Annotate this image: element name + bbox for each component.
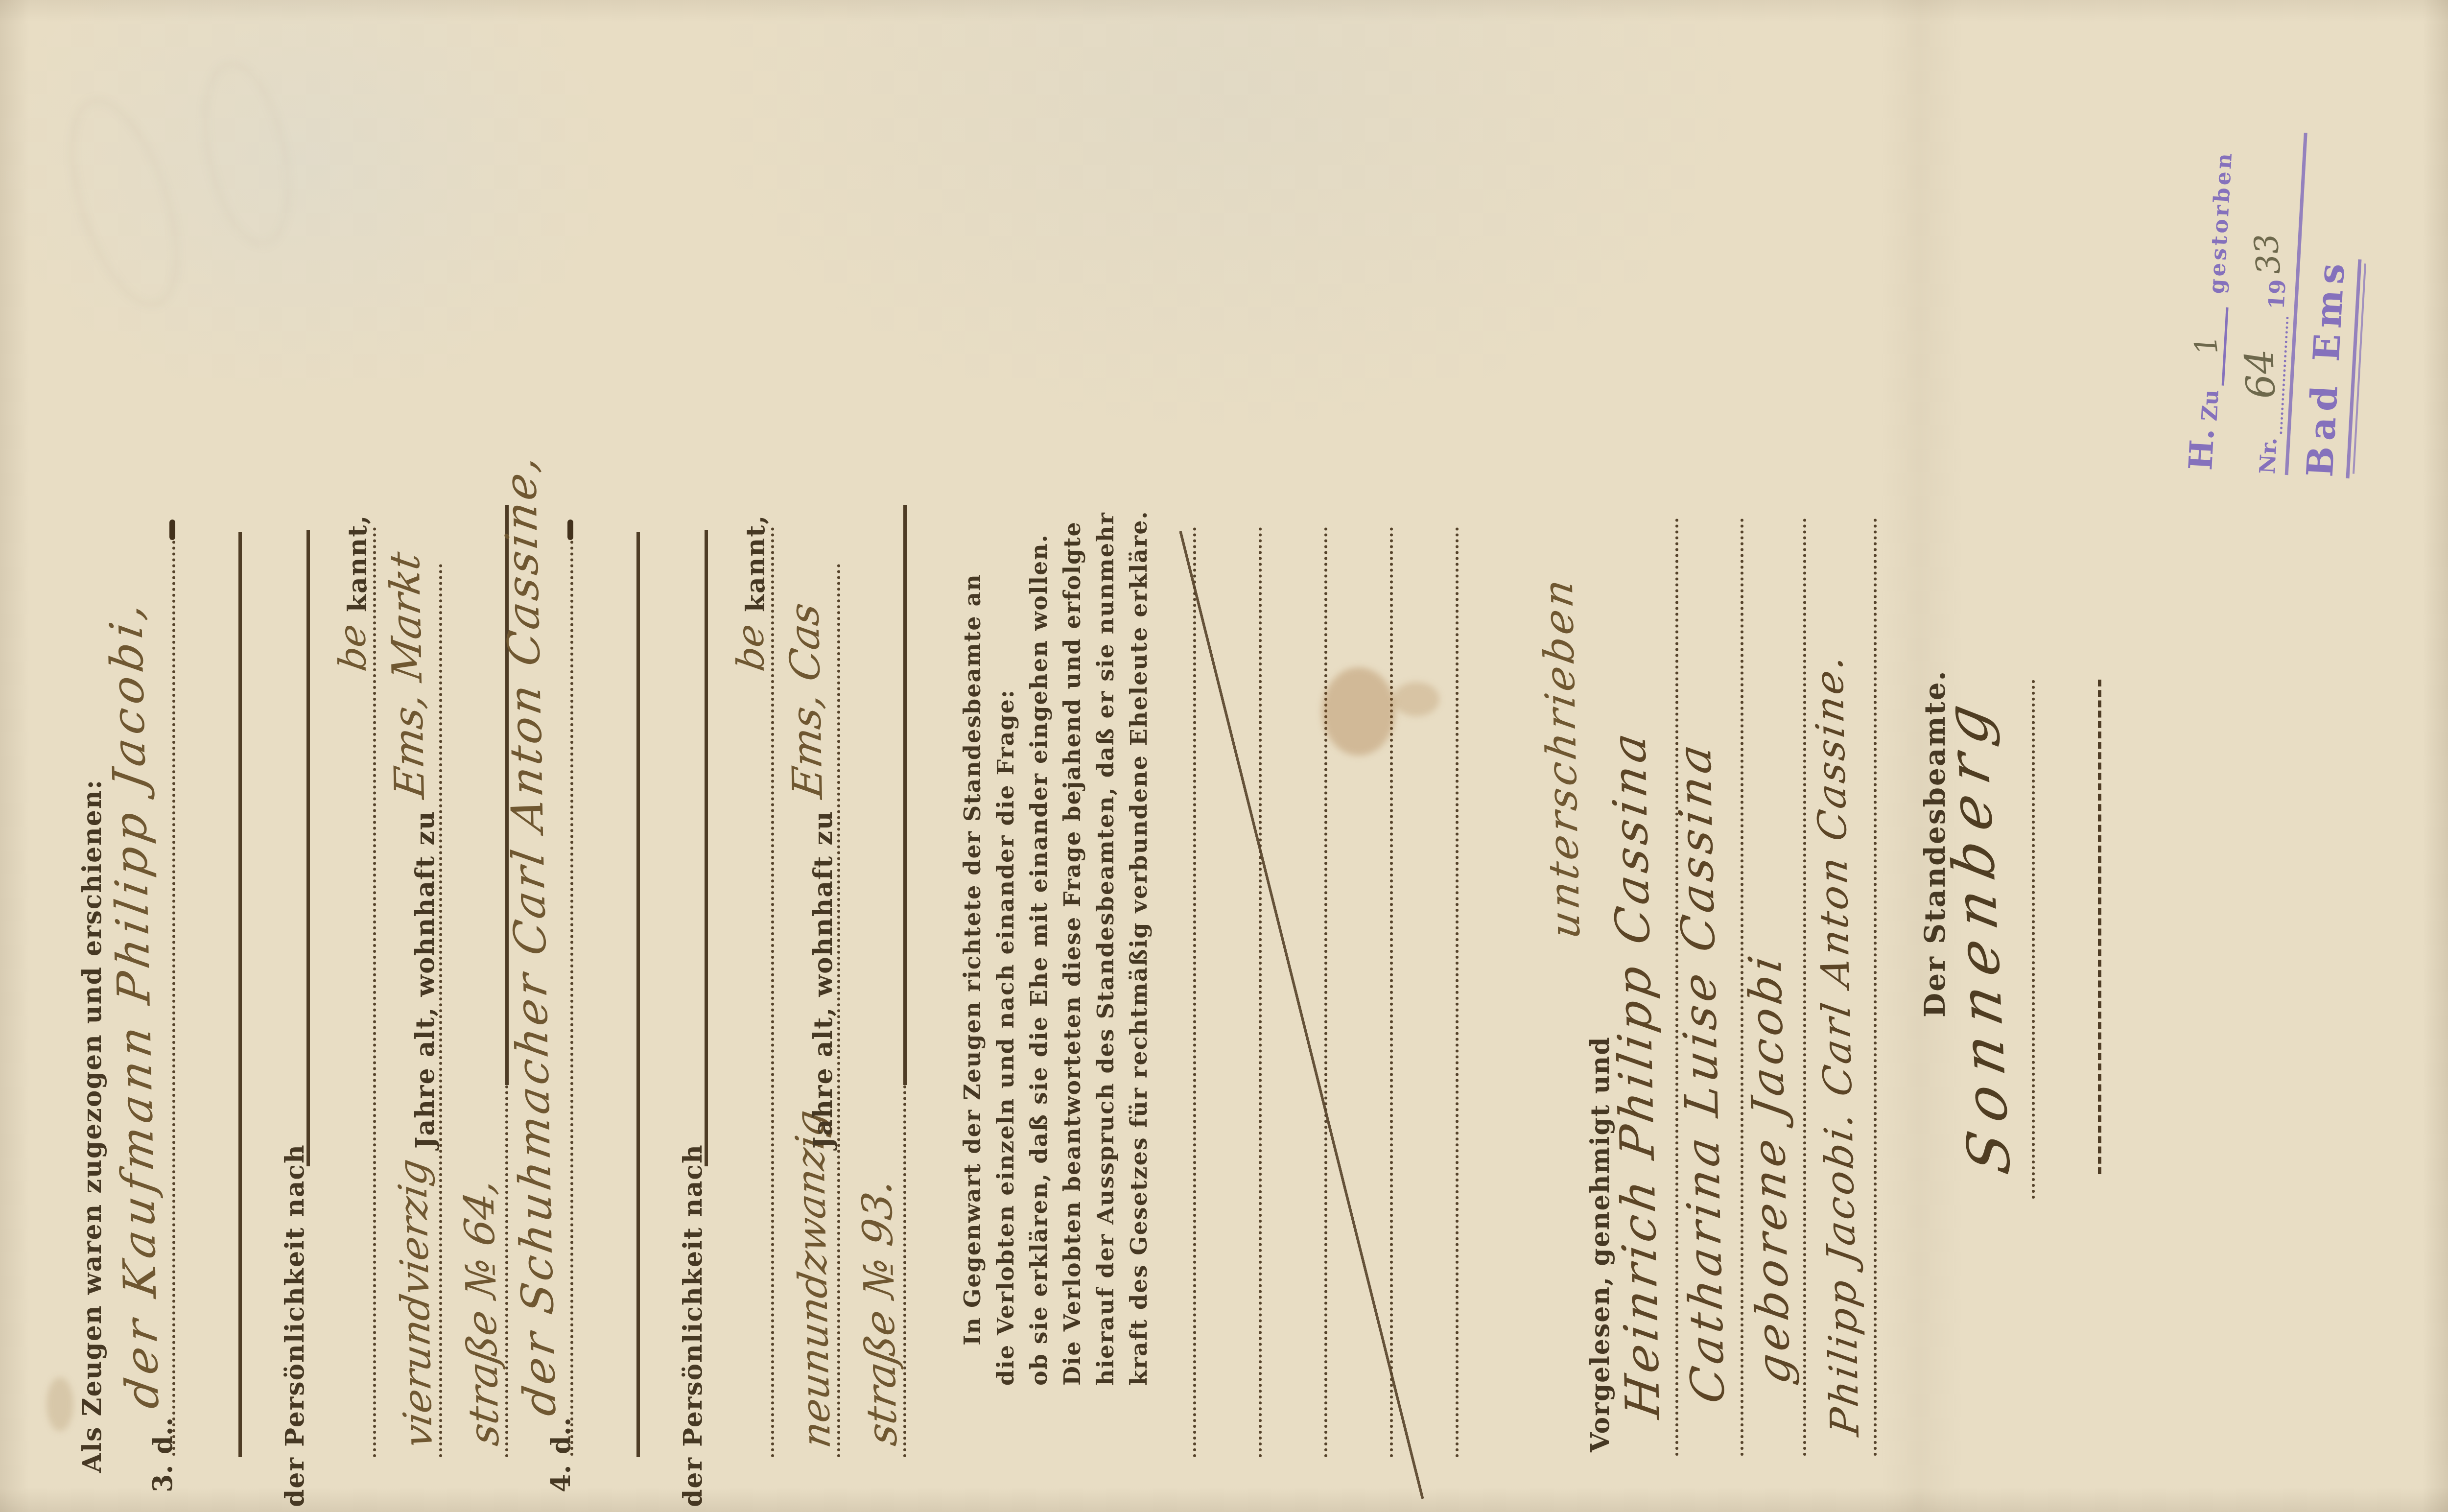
witness3-jahre-printed: Jahre alt, wohnhaft zu	[410, 810, 440, 1149]
witness3-name-rule-end	[169, 520, 175, 540]
witness4-name-rule-end	[567, 520, 573, 540]
witness4-name-rule	[570, 540, 573, 1456]
official-signature-rule	[2032, 680, 2035, 1199]
witness3-persoenlichkeit-label: der Persönlichkeit nach	[280, 1144, 310, 1507]
witness-intro-line: Als Zeugen waren zugezogen und erschiene…	[77, 779, 107, 1473]
declaration-paragraph: In Gegenwart der Zeugen richtete der Sta…	[956, 503, 1155, 1512]
witness3-name-rule	[172, 540, 175, 1456]
official-signature: Sonnenberg	[1931, 687, 2024, 1179]
witness4-persoenlichkeit-rule	[705, 530, 708, 1166]
ink-stain-small	[1393, 682, 1439, 716]
witness4-age-handwriting: neunundzwanzig	[787, 1107, 839, 1451]
witness4-strasse-handwriting: straße № 93.	[853, 1176, 906, 1448]
stamp-year-value-handwriting: 33	[2247, 232, 2288, 276]
stamp-place-text: Bad Ems	[2299, 257, 2362, 478]
witness3-strasse-rule	[505, 1085, 508, 1457]
witness4-strasse-rule-solid	[903, 505, 907, 1085]
smudge-top-left	[47, 1377, 73, 1431]
bleed-through-ghost	[47, 84, 202, 321]
witness4-ort-handwriting: Ems, Cas	[780, 599, 832, 801]
witness3-strasse-handwriting: straße № 64,	[455, 1176, 508, 1448]
witness3-bekannt-handwriting: be	[330, 621, 375, 674]
witness3-blank-rule	[238, 532, 242, 1457]
witness3-ort-handwriting: Ems, Markt	[381, 549, 434, 801]
blank-line-1	[1193, 527, 1196, 1457]
blank-line-3	[1324, 527, 1327, 1457]
signature-witnesses: Philipp Jacobi. Carl Anton Cassine.	[1806, 650, 1868, 1439]
stamp-nr-value-handwriting: 64	[2236, 348, 2284, 400]
witness4-number: 4.	[545, 1465, 576, 1492]
ink-stain-large	[1322, 667, 1395, 756]
blank-line-5	[1456, 527, 1459, 1457]
paragraph-line-1: In Gegenwart der Zeugen richtete der Sta…	[956, 503, 989, 1346]
unterschrieben-handwriting: unterschrieben	[1534, 573, 1589, 942]
blank-line-2	[1259, 527, 1262, 1457]
witness4-persoenlichkeit-label: der Persönlichkeit nach	[678, 1144, 708, 1507]
stamp-zu-value-field: 1	[2186, 305, 2229, 385]
blank-line-4	[1390, 527, 1393, 1457]
witness3-name-handwriting: der Kaufmann Philipp Jacobi,	[100, 595, 169, 1412]
paragraph-line-3: ob sie erklären, daß sie die Ehe mit ein…	[1022, 503, 1056, 1386]
stamp-place: Bad Ems	[2299, 75, 2377, 479]
rotated-form-plane: Als Zeugen waren zugezogen und erschiene…	[0, 0, 2448, 1512]
witness3-age-handwriting: vierundvierzig	[390, 1156, 441, 1451]
stamp-line-annotation: H. Zu 1 gestorben	[2181, 68, 2242, 471]
stamp-year-prefix: 19	[2264, 279, 2291, 310]
registrar-stamp-block: H. Zu 1 gestorben Nr. 64 19 33 Bad Ems	[2181, 68, 2377, 478]
signature-rule-4	[1874, 518, 1877, 1456]
paragraph-line-4: Die Verlobten beantworteten diese Frage …	[1056, 503, 1089, 1386]
stamp-zu-label: Zu	[2197, 389, 2224, 422]
paragraph-line-5: hierauf der Ausspruch des Standesbeamten…	[1089, 503, 1122, 1386]
official-signature-rule-2	[2098, 680, 2101, 1174]
witness3-persoenlichkeit-rule	[306, 530, 310, 1166]
witness4-strasse-rule	[903, 1085, 906, 1457]
witness4-bekannt-printed: kannt,	[741, 515, 771, 612]
witness4-age-rule	[837, 564, 840, 1457]
witness4-blank-rule	[636, 532, 640, 1457]
witness3-bekannt-printed: kannt,	[343, 515, 373, 612]
stamp-nr-value-field: 64	[2234, 314, 2288, 434]
document-page: Als Zeugen waren zugezogen und erschiene…	[0, 0, 2448, 1512]
signature-bride-maiden-name: geborene Jacobi	[1739, 948, 1800, 1387]
witness3-number: 3.	[147, 1465, 178, 1492]
stamp-zu-value-handwriting: 1	[2187, 333, 2225, 357]
cancellation-stroke	[1179, 531, 1424, 1499]
witness4-jahre-printed: Jahre alt, wohnhaft zu	[808, 810, 838, 1149]
stamp-line-number: Nr. 64 19 33	[2232, 71, 2303, 474]
witness4-bekannt-handwriting: be	[728, 621, 773, 674]
stamp-nr-label: Nr.	[2255, 437, 2282, 474]
witness3-age-rule	[439, 564, 442, 1457]
paragraph-line-6: kraft des Gesetzes für rechtmäßig verbun…	[1122, 503, 1155, 1386]
stamp-gestorben-label: gestorben	[2204, 150, 2237, 295]
paragraph-line-2: die Verlobten einzeln und nach einander …	[989, 503, 1022, 1386]
stamp-h-label: H.	[2181, 427, 2222, 472]
bleed-through-ghost	[187, 52, 307, 255]
